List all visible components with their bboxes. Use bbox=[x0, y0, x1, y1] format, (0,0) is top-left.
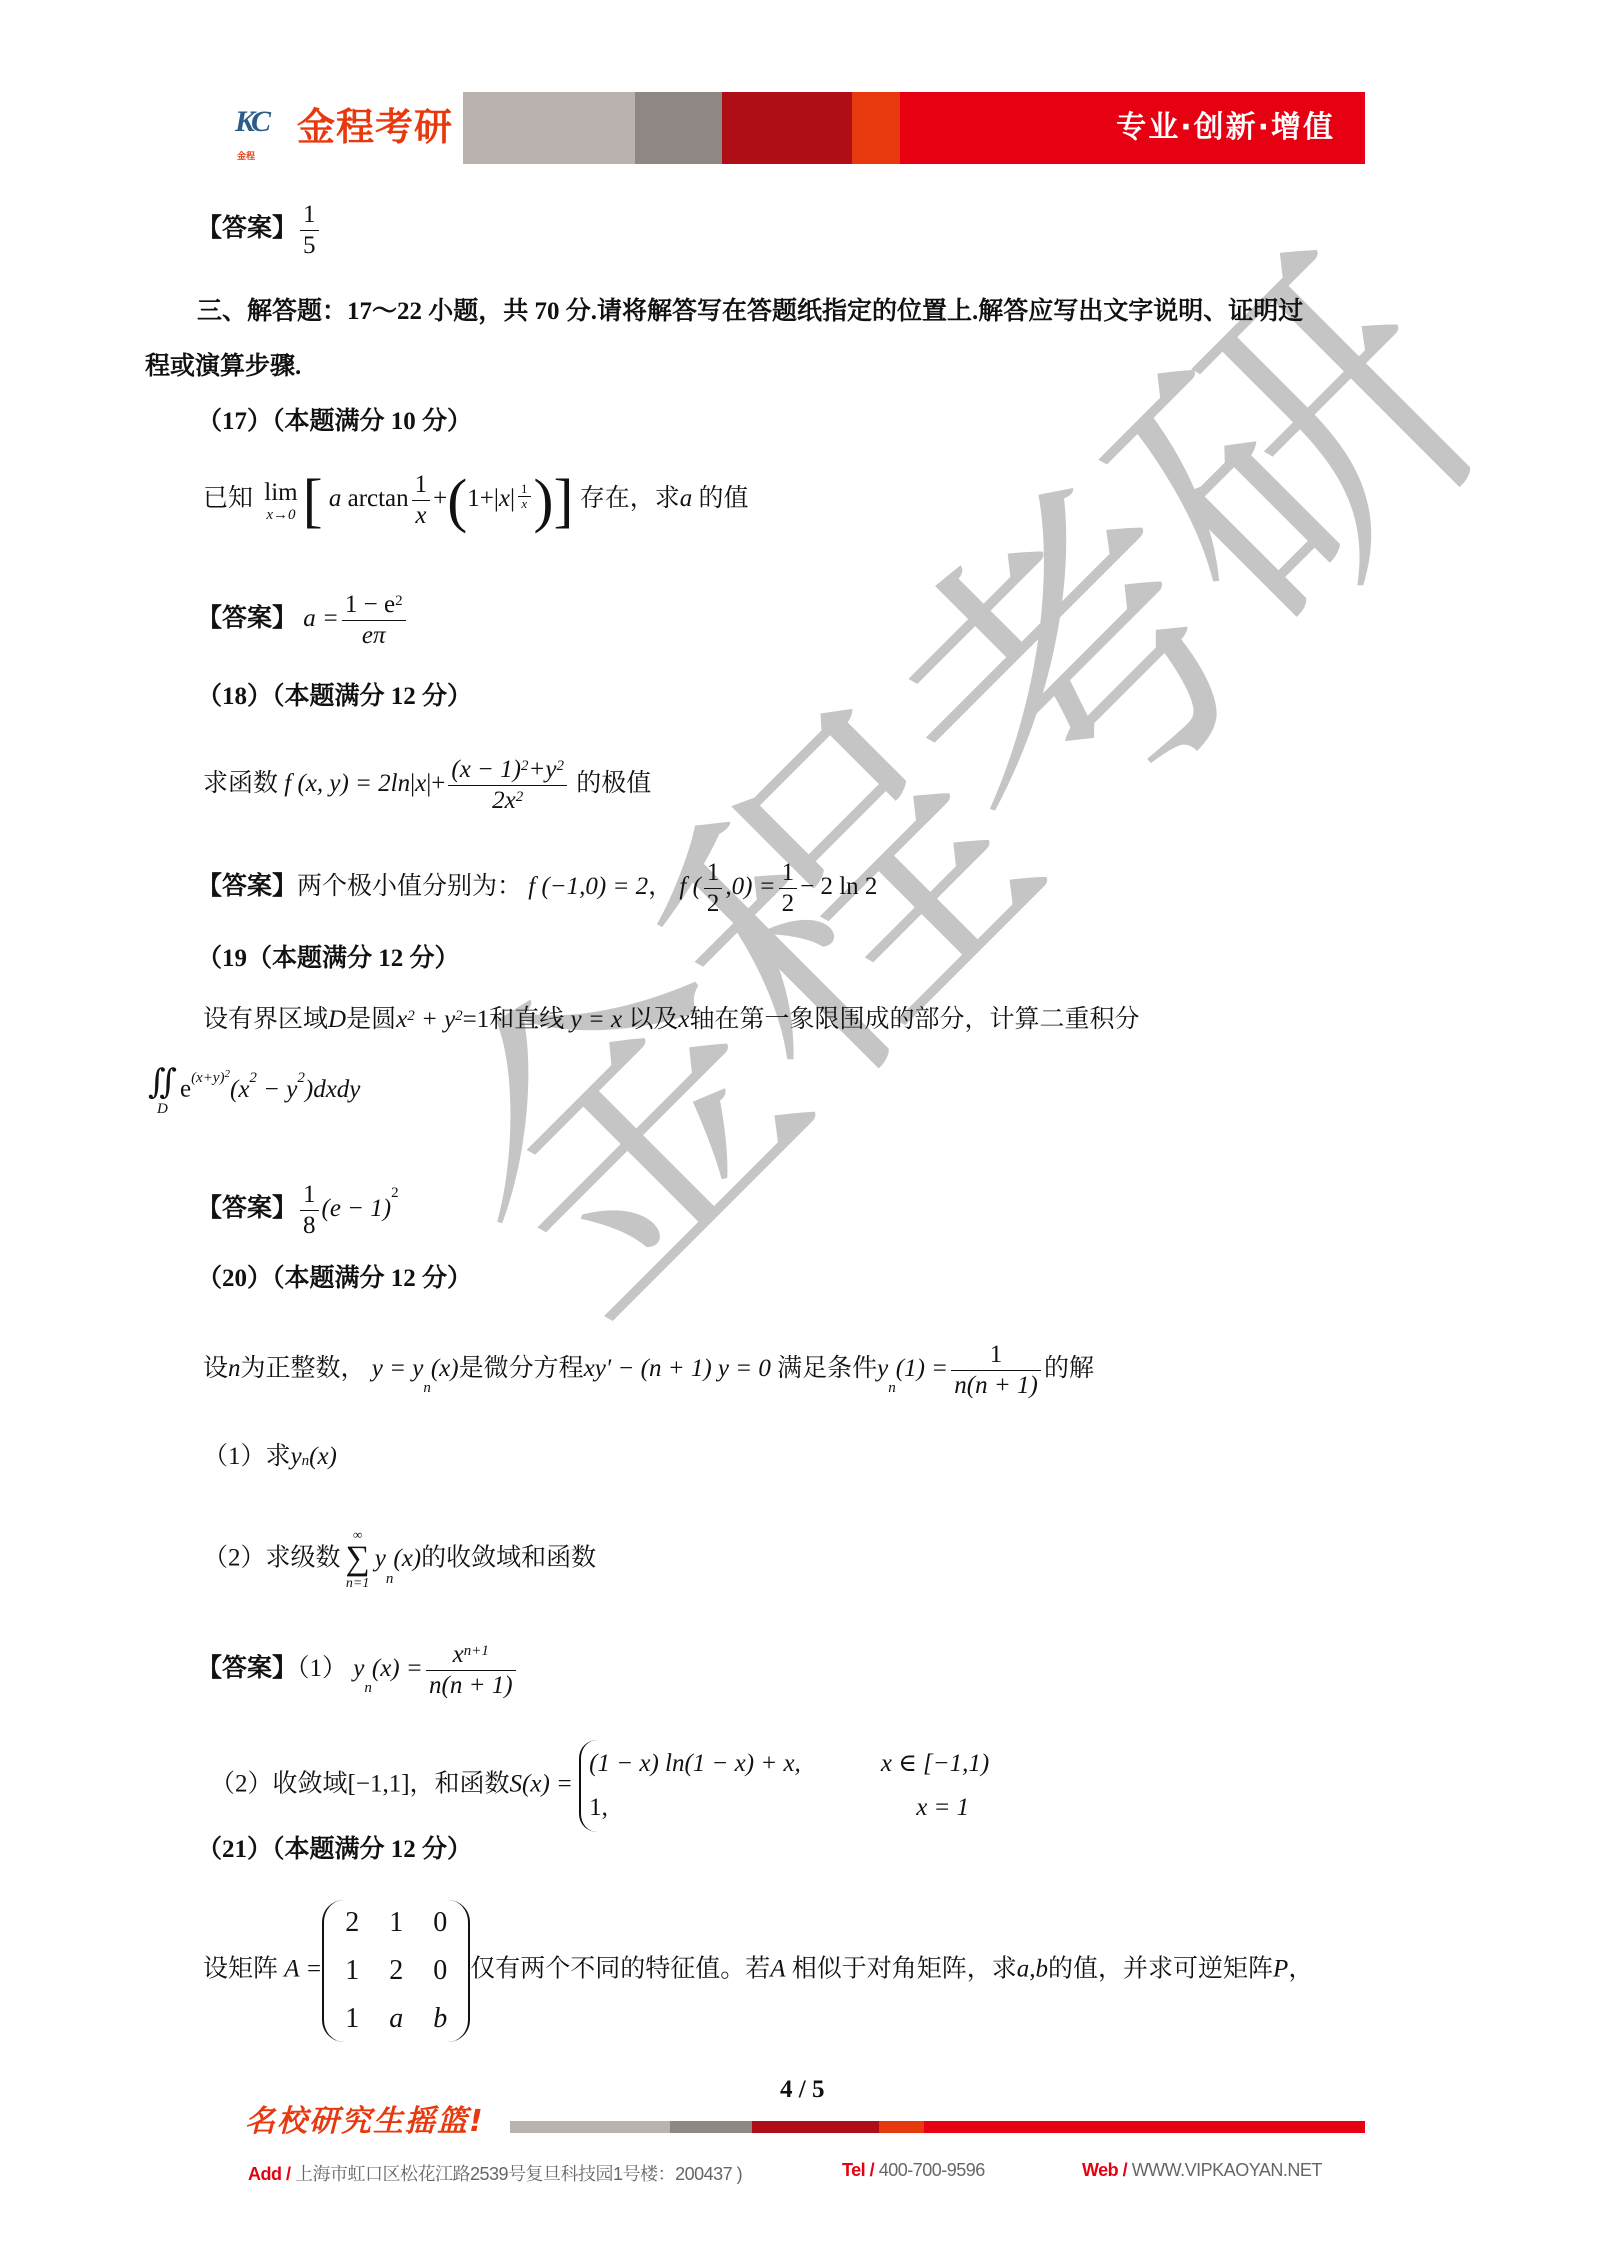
q20-answer1: 【答案】（1） yn(x) =xn+1n(n + 1) bbox=[197, 1640, 519, 1701]
q19-answer: 【答案】18(e − 1)2 bbox=[197, 1180, 399, 1241]
q19-integral: ∬De(x+y)2(x2 − y2)dxdy bbox=[145, 1065, 360, 1117]
q20-answer2: （2）收敛域[−1,1]，和函数S(x) = (1 − x) ln(1 − x)… bbox=[210, 1740, 997, 1832]
header-bar-segment-4 bbox=[852, 92, 900, 164]
q17-title: （17）（本题满分 10 分） bbox=[197, 405, 472, 439]
q16-answer: 【答案】15 bbox=[197, 200, 322, 261]
header-bar-segment-3 bbox=[722, 92, 852, 164]
page-header: KC金程 金程考研 专业·创新·增值 bbox=[235, 92, 1365, 164]
footer-bar-segment-5 bbox=[924, 2121, 1365, 2133]
matrix-A: 210 120 1ab bbox=[322, 1900, 470, 2042]
q17-answer: 【答案】 a =1 − e2eπ bbox=[197, 590, 409, 651]
q18-title: （18）（本题满分 12 分） bbox=[197, 680, 472, 714]
q17-problem: 已知 limx→0[ a arctan1x+(1+|x|1x)] 存在，求a 的… bbox=[203, 470, 749, 531]
footer-bar-segment-4 bbox=[879, 2121, 924, 2133]
q18-answer: 【答案】两个极小值分别为： f (−1,0) = 2， f (12,0) =12… bbox=[197, 858, 877, 919]
footer-bar-segment-2 bbox=[670, 2121, 752, 2133]
watermark: 金程考研 bbox=[364, 254, 1495, 1385]
q21-problem: 设矩阵 A = 210 120 1ab 仅有两个不同的特征值。若A 相似于对角矩… bbox=[203, 1900, 1313, 2042]
answer-label: 【答案】 bbox=[197, 215, 297, 242]
q20-problem: 设n为正整数， y = yn(x)是微分方程xy′ − (n + 1) y = … bbox=[203, 1340, 1094, 1401]
q19-title: （19（本题满分 12 分） bbox=[197, 942, 460, 976]
footer-web[interactable]: Web / WWW.VIPKAOYAN.NET bbox=[1082, 2160, 1322, 2181]
header-slogan: 专业·创新·增值 bbox=[1116, 92, 1335, 164]
fraction: 15 bbox=[300, 200, 319, 261]
header-bar-segment-2 bbox=[635, 92, 722, 164]
q19-problem: 设有界区域D是圆x2 + y2=1和直线 y = x 以及x轴在第一象限围成的部… bbox=[203, 1003, 1140, 1037]
q21-title: （21）（本题满分 12 分） bbox=[197, 1833, 472, 1867]
section-heading-cont: 程或演算步骤. bbox=[145, 350, 301, 384]
footer-address: Add / 上海市虹口区松花江路2539号复旦科技园1号楼：200437 ) bbox=[248, 2160, 742, 2186]
footer-slogan: 名校研究生摇篮! bbox=[245, 2102, 485, 2142]
footer-bar-segment-3 bbox=[752, 2121, 879, 2133]
footer-bar-segment-1 bbox=[510, 2121, 670, 2133]
kc-logo-icon: KC金程 bbox=[235, 102, 293, 154]
piecewise-cases: (1 − x) ln(1 − x) + x,x ∈ [−1,1) 1,x = 1 bbox=[579, 1740, 997, 1832]
q18-problem: 求函数 f (x, y) = 2ln|x|+(x − 1)2+y22x2 的极值 bbox=[203, 755, 651, 816]
q20-part2: （2）求级数∞∑n=1yn(x)的收敛域和函数 bbox=[203, 1528, 596, 1592]
q20-part1: （1）求yn(x) bbox=[203, 1440, 337, 1474]
page-number: 4 / 5 bbox=[780, 2076, 824, 2104]
q20-title: （20）（本题满分 12 分） bbox=[197, 1262, 472, 1296]
footer-tel: Tel / 400-700-9596 bbox=[842, 2160, 985, 2181]
section-heading: 三、解答题：17～22 小题，共 70 分.请将解答写在答题纸指定的位置上.解答… bbox=[197, 295, 1303, 329]
brand-name: 金程考研 bbox=[297, 102, 453, 152]
header-bar-segment-1 bbox=[463, 92, 635, 164]
